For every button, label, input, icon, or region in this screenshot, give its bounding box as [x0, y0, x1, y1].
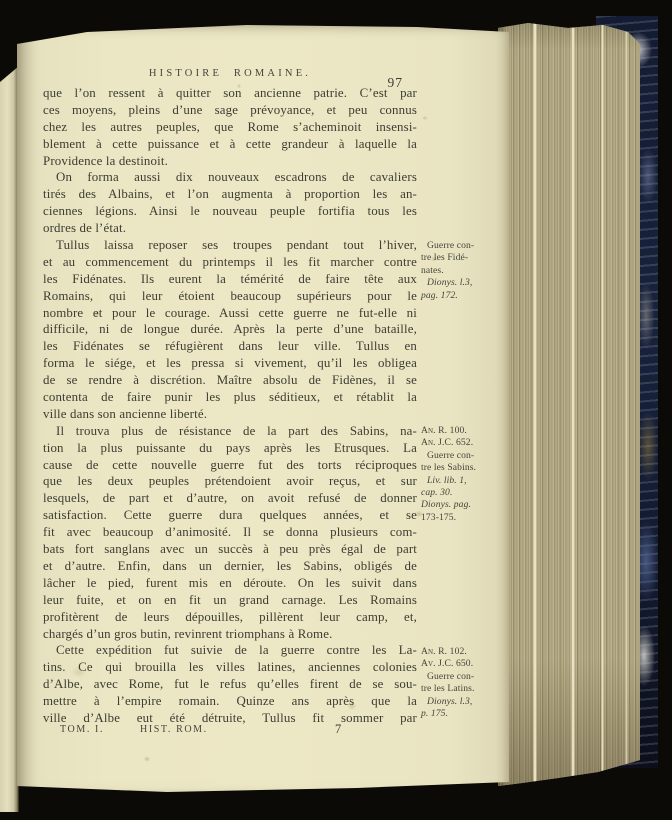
footer-volume: TOM. I. [60, 724, 104, 735]
margin-note-line: An. R. 102. [421, 646, 507, 658]
margin-note-line: nates. [421, 265, 507, 277]
margin-note-line: tre les Latins. [421, 683, 507, 695]
text-line: tirés des Albains, et l’on augmenta à pr… [43, 186, 417, 203]
text-line: chargés d’un gros butin, revinrent triom… [43, 626, 417, 643]
margin-note-line: Liv. lib. 1, [421, 475, 507, 487]
text-line: blement à cette puissance et à cette gra… [43, 136, 417, 153]
text-line: Il trouva plus de résistance de la part … [43, 423, 417, 440]
margin-note-line: Dionys. l.3, [421, 277, 507, 289]
body-text: que l’on ressent à quitter son ancienne … [43, 85, 417, 727]
text-line: Tullus laissa reposer ses troupes pendan… [43, 237, 417, 254]
margin-note-line: Dionys. pag. [421, 499, 507, 511]
margin-note-line: Dionys. l.3, [421, 696, 507, 708]
margin-note-line: cap. 30. [421, 487, 507, 499]
margin-note: An. R. 100.An. J.C. 652.Guerre con-tre l… [421, 425, 507, 524]
text-line: et d’autre. Enfin, dans un dernier, les … [43, 558, 417, 575]
text-line: forma le siége, et les pressa si vivemen… [43, 355, 417, 372]
margin-note-line: tre les Sabins. [421, 462, 507, 474]
previous-page-edge [0, 66, 19, 812]
text-line: de se rendre à discrétion. Maître absolu… [43, 372, 417, 389]
text-line: bats fort sanglans avec un succès à peu … [43, 541, 417, 558]
text-line: ville dans son ancienne liberté. [43, 406, 417, 423]
margin-note-line: Guerre con- [421, 240, 507, 252]
text-line: profitèrent de leurs dépouilles, pillère… [43, 609, 417, 626]
text-line: les Fidénates se réfugièrent dans leur v… [43, 338, 417, 355]
margin-note-line: Guerre con- [421, 450, 507, 462]
margin-note-line: 173-175. [421, 512, 507, 524]
margin-note: Guerre con-tre les Fidé-nates.Dionys. l.… [421, 240, 507, 302]
text-line: chez les autres peuples, que Rome s’ache… [43, 119, 417, 136]
text-line: fit avec beaucoup d’animosité. Il se don… [43, 524, 417, 541]
text-line: lâcher le pied, furent mis en déroute. O… [43, 575, 417, 592]
text-line: ciennes légions. Ainsi le nouveau peuple… [43, 203, 417, 220]
margin-note-line: Av. J.C. 650. [421, 658, 507, 670]
book-scan-photo: HISTOIRE ROMAINE. 97 que l’on ressent à … [0, 0, 672, 820]
text-line: ordres de l’état. [43, 220, 417, 237]
text-line: que l’on ressent à quitter son ancienne … [43, 85, 417, 102]
text-line: contenta de faire punir les plus séditie… [43, 389, 417, 406]
text-line: difficile, ni de longue durée. Après la … [43, 321, 417, 338]
text-line: leur fuite, et on en fit un grand carnag… [43, 592, 417, 609]
margin-note-line: tre les Fidé- [421, 252, 507, 264]
book-fore-edge [498, 20, 640, 792]
text-line: ces moyens, pleins d’une sage prévoyance… [43, 102, 417, 119]
text-line: lesquels, de part et d’autre, on avoit r… [43, 490, 417, 507]
running-title: HISTOIRE ROMAINE. [43, 68, 417, 79]
text-line: satisfaction. Cette guerre dura quelques… [43, 507, 417, 524]
margin-note-line: p. 175. [421, 708, 507, 720]
text-line: tins. Ce qui brouilla les villes latines… [43, 659, 417, 676]
book-page: HISTOIRE ROMAINE. 97 que l’on ressent à … [17, 22, 509, 792]
text-line: Romains, qui leur étoient beaucoup supér… [43, 288, 417, 305]
text-line: mettre à l’empire romain. Quinze ans apr… [43, 693, 417, 710]
gathering-signature: 7 [335, 722, 341, 737]
margin-note-line: pag. 172. [421, 290, 507, 302]
text-line: nombre et pour le courage. Aussi cette g… [43, 305, 417, 322]
margin-note: An. R. 102.Av. J.C. 650.Guerre con-tre l… [421, 646, 507, 720]
text-line: que les deux peuples prétendoient avoir … [43, 473, 417, 490]
margin-note-line: Guerre con- [421, 671, 507, 683]
footer-work-title: HIST. ROM. [140, 724, 208, 735]
text-line: cause de cette nouvelle guerre fut des t… [43, 457, 417, 474]
text-line: les Fidénates. Ils eurent la témérité de… [43, 271, 417, 288]
text-line: et au commencement du printemps il les f… [43, 254, 417, 271]
margin-note-line: An. R. 100. [421, 425, 507, 437]
text-line: On forma aussi dix nouveaux escadrons de… [43, 169, 417, 186]
text-line: tion la plus puissante du pays après les… [43, 440, 417, 457]
text-line: d’Albe, avec Rome, fut le refus qu’elles… [43, 676, 417, 693]
text-line: Cette expédition fut suivie de la guerre… [43, 642, 417, 659]
text-line: Providence la destinoit. [43, 153, 417, 170]
margin-note-line: An. J.C. 652. [421, 437, 507, 449]
page-footer: TOM. I. HIST. ROM. 7 [43, 722, 417, 742]
